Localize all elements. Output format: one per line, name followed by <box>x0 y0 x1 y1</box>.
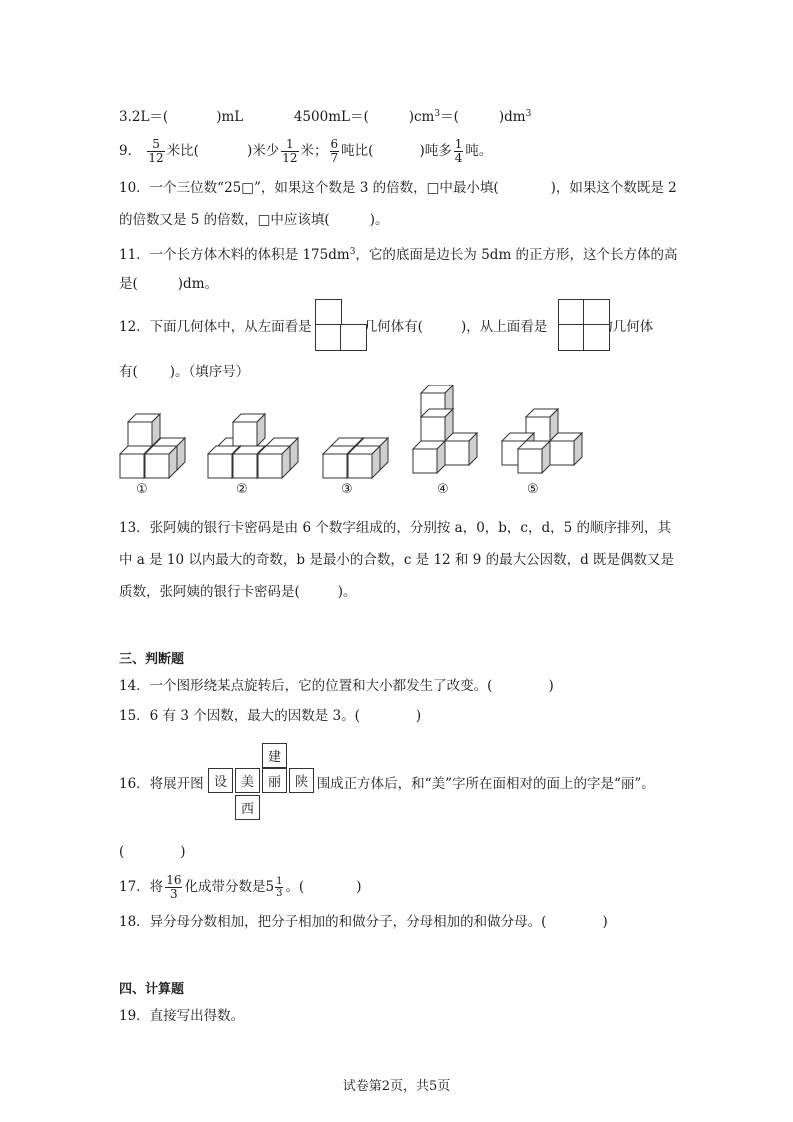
solid-label-5: ⑤ <box>527 482 539 497</box>
text: 吨比( <box>341 143 373 159</box>
text: 。( <box>285 879 304 895</box>
text: 有( <box>119 364 138 380</box>
solid-1 <box>120 414 185 478</box>
question-8-continuation: 3.2L＝()mL 4500mL＝()cm3＝()dm3 <box>119 104 531 127</box>
text: )米少 <box>247 143 279 159</box>
question-19: 19．直接写出得数。 <box>119 1006 244 1026</box>
text: ( <box>119 844 124 860</box>
text: 的倍数又是 5 的倍数，□中应该填( <box>119 212 330 228</box>
text: )。（填序号） <box>170 364 250 380</box>
text: )dm。 <box>178 276 218 292</box>
fraction: 67 <box>330 138 340 165</box>
text: )mL <box>216 109 243 125</box>
top-view-figure <box>558 299 610 351</box>
solid-label-2: ② <box>236 482 248 497</box>
solid-3 <box>323 438 388 478</box>
net-cell-bottom: 西 <box>235 795 260 820</box>
view-cell <box>558 324 585 351</box>
net-cell: 设 <box>208 768 233 793</box>
text: ) <box>180 844 185 860</box>
text: 围成正方体后，和“美”字所在面相对的面上的字是“丽”。 <box>317 776 655 792</box>
view-cell <box>315 324 342 351</box>
text: 12．下面几何体中，从左面看是 <box>119 319 312 335</box>
text: ) <box>548 678 553 694</box>
fraction: 13 <box>275 876 283 899</box>
question-16: 16．将展开图围成正方体后，和“美”字所在面相对的面上的字是“丽”。 <box>119 774 655 794</box>
text: 几何体有( <box>364 319 423 335</box>
question-18: 18．异分母分数相加，把分子相加的和做分子，分母相加的和做分母。() <box>119 912 608 932</box>
question-13-line-1: 13．张阿姨的银行卡密码是由 6 个数字组成的，分别按 a，0，b，c，d，5 … <box>119 518 671 538</box>
question-14: 14．一个图形绕某点旋转后，它的位置和大小都发生了改变。() <box>119 676 554 696</box>
text: 17．将 <box>119 879 163 895</box>
text: ) <box>356 879 361 895</box>
question-13-line-2: 中 a 是 10 以内最大的奇数，b 是最小的合数，c 是 12 和 9 的最大… <box>119 550 674 570</box>
text: 化成带分数是 <box>184 879 265 895</box>
text: )吨多 <box>419 143 451 159</box>
denominator: 12 <box>281 152 298 165</box>
text: 中 a 是 10 以内最大的奇数，b 是最小的合数，c 是 12 和 9 的最大… <box>119 552 674 568</box>
fraction: 112 <box>281 138 298 165</box>
question-15: 15．6 有 3 个因数，最大的因数是 3。() <box>119 706 421 726</box>
text: 质数，张阿姨的银行卡密码是( <box>119 584 300 600</box>
text: 3.2L＝( <box>119 109 168 125</box>
text: ) <box>602 914 607 930</box>
denominator: 3 <box>275 888 283 899</box>
text: ＝( <box>440 109 459 125</box>
denominator: 12 <box>147 152 164 165</box>
question-11-line-2: 是()dm。 <box>119 274 218 294</box>
question-11-line-1: 11．一个长方体木料的体积是 175dm3，它的底面是边长为 5dm 的正方形，… <box>119 242 678 265</box>
page-footer: 试卷第2页，共5页 <box>0 1075 793 1094</box>
superscript: 3 <box>526 109 532 119</box>
question-17: 17．将163化成带分数是513。() <box>119 872 362 902</box>
denominator: 4 <box>454 152 464 165</box>
numerator: 1 <box>454 138 464 152</box>
text: 16．将展开图 <box>119 776 204 792</box>
question-13-line-3: 质数，张阿姨的银行卡密码是()。 <box>119 582 357 602</box>
question-16-answer: () <box>119 842 186 862</box>
fraction: 512 <box>147 138 164 165</box>
text: 15．6 有 3 个因数，最大的因数是 3。( <box>119 708 360 724</box>
text: 13．张阿姨的银行卡密码是由 6 个数字组成的，分别按 a，0，b，c，d，5 … <box>119 520 671 536</box>
section-title-calculation: 四、计算题 <box>119 980 184 1000</box>
text: 米比( <box>167 143 199 159</box>
text: 18．异分母分数相加，把分子相加的和做分子，分母相加的和做分母。( <box>119 914 546 930</box>
question-10-line-2: 的倍数又是 5 的倍数，□中应该填()。 <box>119 210 388 230</box>
fraction: 163 <box>165 874 182 901</box>
view-cell <box>340 324 367 351</box>
question-12-line-2: 有()。（填序号） <box>119 362 249 382</box>
question-10-line-1: 10．一个三位数“25□”，如果这个数是 3 的倍数，□中最小填()，如果这个数… <box>119 178 677 198</box>
text: 是( <box>119 276 138 292</box>
net-cell-top: 建 <box>262 743 287 768</box>
solid-label-3: ③ <box>341 482 353 497</box>
net-cell: 陕 <box>289 768 314 793</box>
net-cell: 美 <box>235 768 260 793</box>
text: 11．一个长方体木料的体积是 175dm <box>119 247 350 263</box>
solid-2 <box>208 414 298 478</box>
text: 吨。 <box>465 143 492 159</box>
text: 4500mL＝( <box>294 109 369 125</box>
mixed-number: 513 <box>265 872 285 902</box>
section-title-judgment: 三、判断题 <box>119 650 184 670</box>
fraction: 14 <box>454 138 464 165</box>
text: )cm <box>409 109 435 125</box>
text: 14．一个图形绕某点旋转后，它的位置和大小都发生了改变。( <box>119 678 492 694</box>
question-number: 9． <box>119 143 141 159</box>
numerator: 5 <box>147 138 164 152</box>
text: )，如果这个数既是 2 <box>551 180 677 196</box>
text: )dm <box>499 109 526 125</box>
text: )。 <box>370 212 389 228</box>
text: ) <box>416 708 421 724</box>
numerator: 1 <box>281 138 298 152</box>
solid-4 <box>413 385 477 473</box>
numerator: 6 <box>330 138 340 152</box>
numerator: 1 <box>275 876 283 888</box>
text: 10．一个三位数“25□”，如果这个数是 3 的倍数，□中最小填( <box>119 180 499 196</box>
denominator: 3 <box>165 888 182 901</box>
net-cell: 丽 <box>262 768 287 793</box>
text: )。 <box>338 584 357 600</box>
view-cell <box>583 299 610 326</box>
view-cell <box>558 299 585 326</box>
text: ，它的底面是边长为 5dm 的正方形，这个长方体的高 <box>355 247 677 263</box>
denominator: 7 <box>330 152 340 165</box>
solid-label-4: ④ <box>437 482 449 497</box>
whole-part: 5 <box>265 872 274 902</box>
text: 米； <box>301 143 328 159</box>
question-9: 9． 512米比()米少112米；67吨比()吨多14吨。 <box>119 136 492 166</box>
numerator: 16 <box>165 874 182 888</box>
left-view-figure <box>315 299 367 351</box>
view-cell <box>583 324 610 351</box>
solid-label-1: ① <box>136 482 148 497</box>
solid-5 <box>502 409 582 473</box>
view-cell <box>315 299 342 326</box>
text: )，从上面看是 <box>461 319 547 335</box>
